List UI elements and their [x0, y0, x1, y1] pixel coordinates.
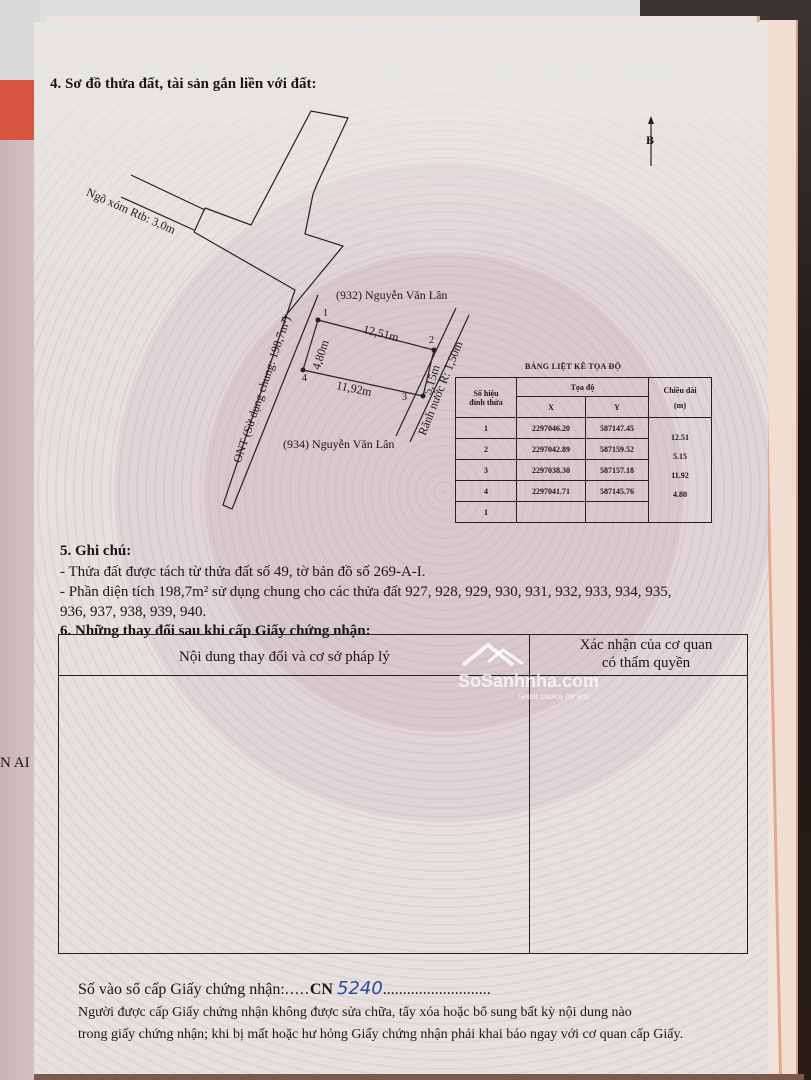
cert-number-handwritten: 5240: [337, 978, 383, 999]
vertex-2-label: 2: [429, 335, 434, 346]
bottom-edge: [34, 1074, 804, 1080]
changes-col1-header: Nội dung thay đổi và cơ sở pháp lý: [179, 649, 390, 666]
shared-land-strip: [194, 232, 318, 509]
house-logo-icon: [458, 640, 528, 670]
note-line-3: 936, 937, 938, 939, 940.: [60, 604, 206, 621]
shared-land-boundary: [205, 111, 348, 320]
header-coord: Tọa độ: [517, 378, 649, 397]
vertex-1-label: 1: [323, 308, 328, 319]
warning-line-2: trong giấy chứng nhận; khi bị mất hoặc h…: [78, 1027, 683, 1043]
watermark-brand: SoSanhnha.com: [458, 671, 599, 692]
authority-confirmation-cell[interactable]: [533, 677, 745, 951]
section-5-title: 5. Ghi chú:: [60, 543, 131, 560]
changes-content-cell[interactable]: [61, 677, 527, 951]
north-arrow-icon: [648, 116, 654, 124]
neighbor-south-label: (934) Nguyễn Văn Lân: [283, 437, 394, 452]
vertex-3-label: 3: [402, 392, 407, 403]
vertex-4-label: 4: [302, 373, 307, 384]
vertex-4-marker: [301, 368, 306, 373]
header-x: X: [517, 397, 586, 418]
coord-table-title: BẢNG LIỆT KÊ TỌA ĐỘ: [525, 362, 621, 371]
vertex-2-marker: [432, 348, 437, 353]
coord-table: Số hiệu đỉnh thửa Tọa độ Chiều dài (m) X…: [455, 377, 712, 523]
cert-number-label: Số vào sổ cấp Giấy chứng nhận:: [78, 981, 285, 998]
vertex-3-marker: [421, 394, 426, 399]
road-line-top: [131, 175, 205, 210]
header-length: Chiều dài (m): [649, 378, 712, 418]
cert-number-row: Số vào sổ cấp Giấy chứng nhận:.....CN 52…: [78, 978, 491, 999]
note-line-1: - Thửa đất được tách từ thửa đất số 49, …: [60, 564, 426, 581]
warning-line-1: Người được cấp Giấy chứng nhận không đượ…: [78, 1005, 632, 1021]
note-line-2: - Phần diện tích 198,7m² sử dụng chung c…: [60, 584, 672, 601]
header-vertex: Số hiệu đỉnh thửa: [456, 378, 517, 418]
watermark-tagline: Great choice for you: [518, 692, 599, 701]
watermark: SoSanhnha.com Great choice for you: [458, 640, 599, 701]
length-column: 12.51 5.15 11.92 4.80: [649, 418, 712, 523]
cert-prefix: CN: [310, 981, 333, 998]
header-divider: [59, 675, 747, 676]
header-y: Y: [586, 397, 649, 418]
vertex-1-marker: [316, 318, 321, 323]
north-label: B: [646, 133, 654, 148]
table-row: 1 2297046.20 587147.45 12.51 5.15 11.92 …: [456, 418, 712, 439]
neighbor-north-label: (932) Nguyễn Văn Lân: [336, 288, 447, 303]
changes-table: Nội dung thay đổi và cơ sở pháp lý Xác n…: [58, 634, 748, 954]
